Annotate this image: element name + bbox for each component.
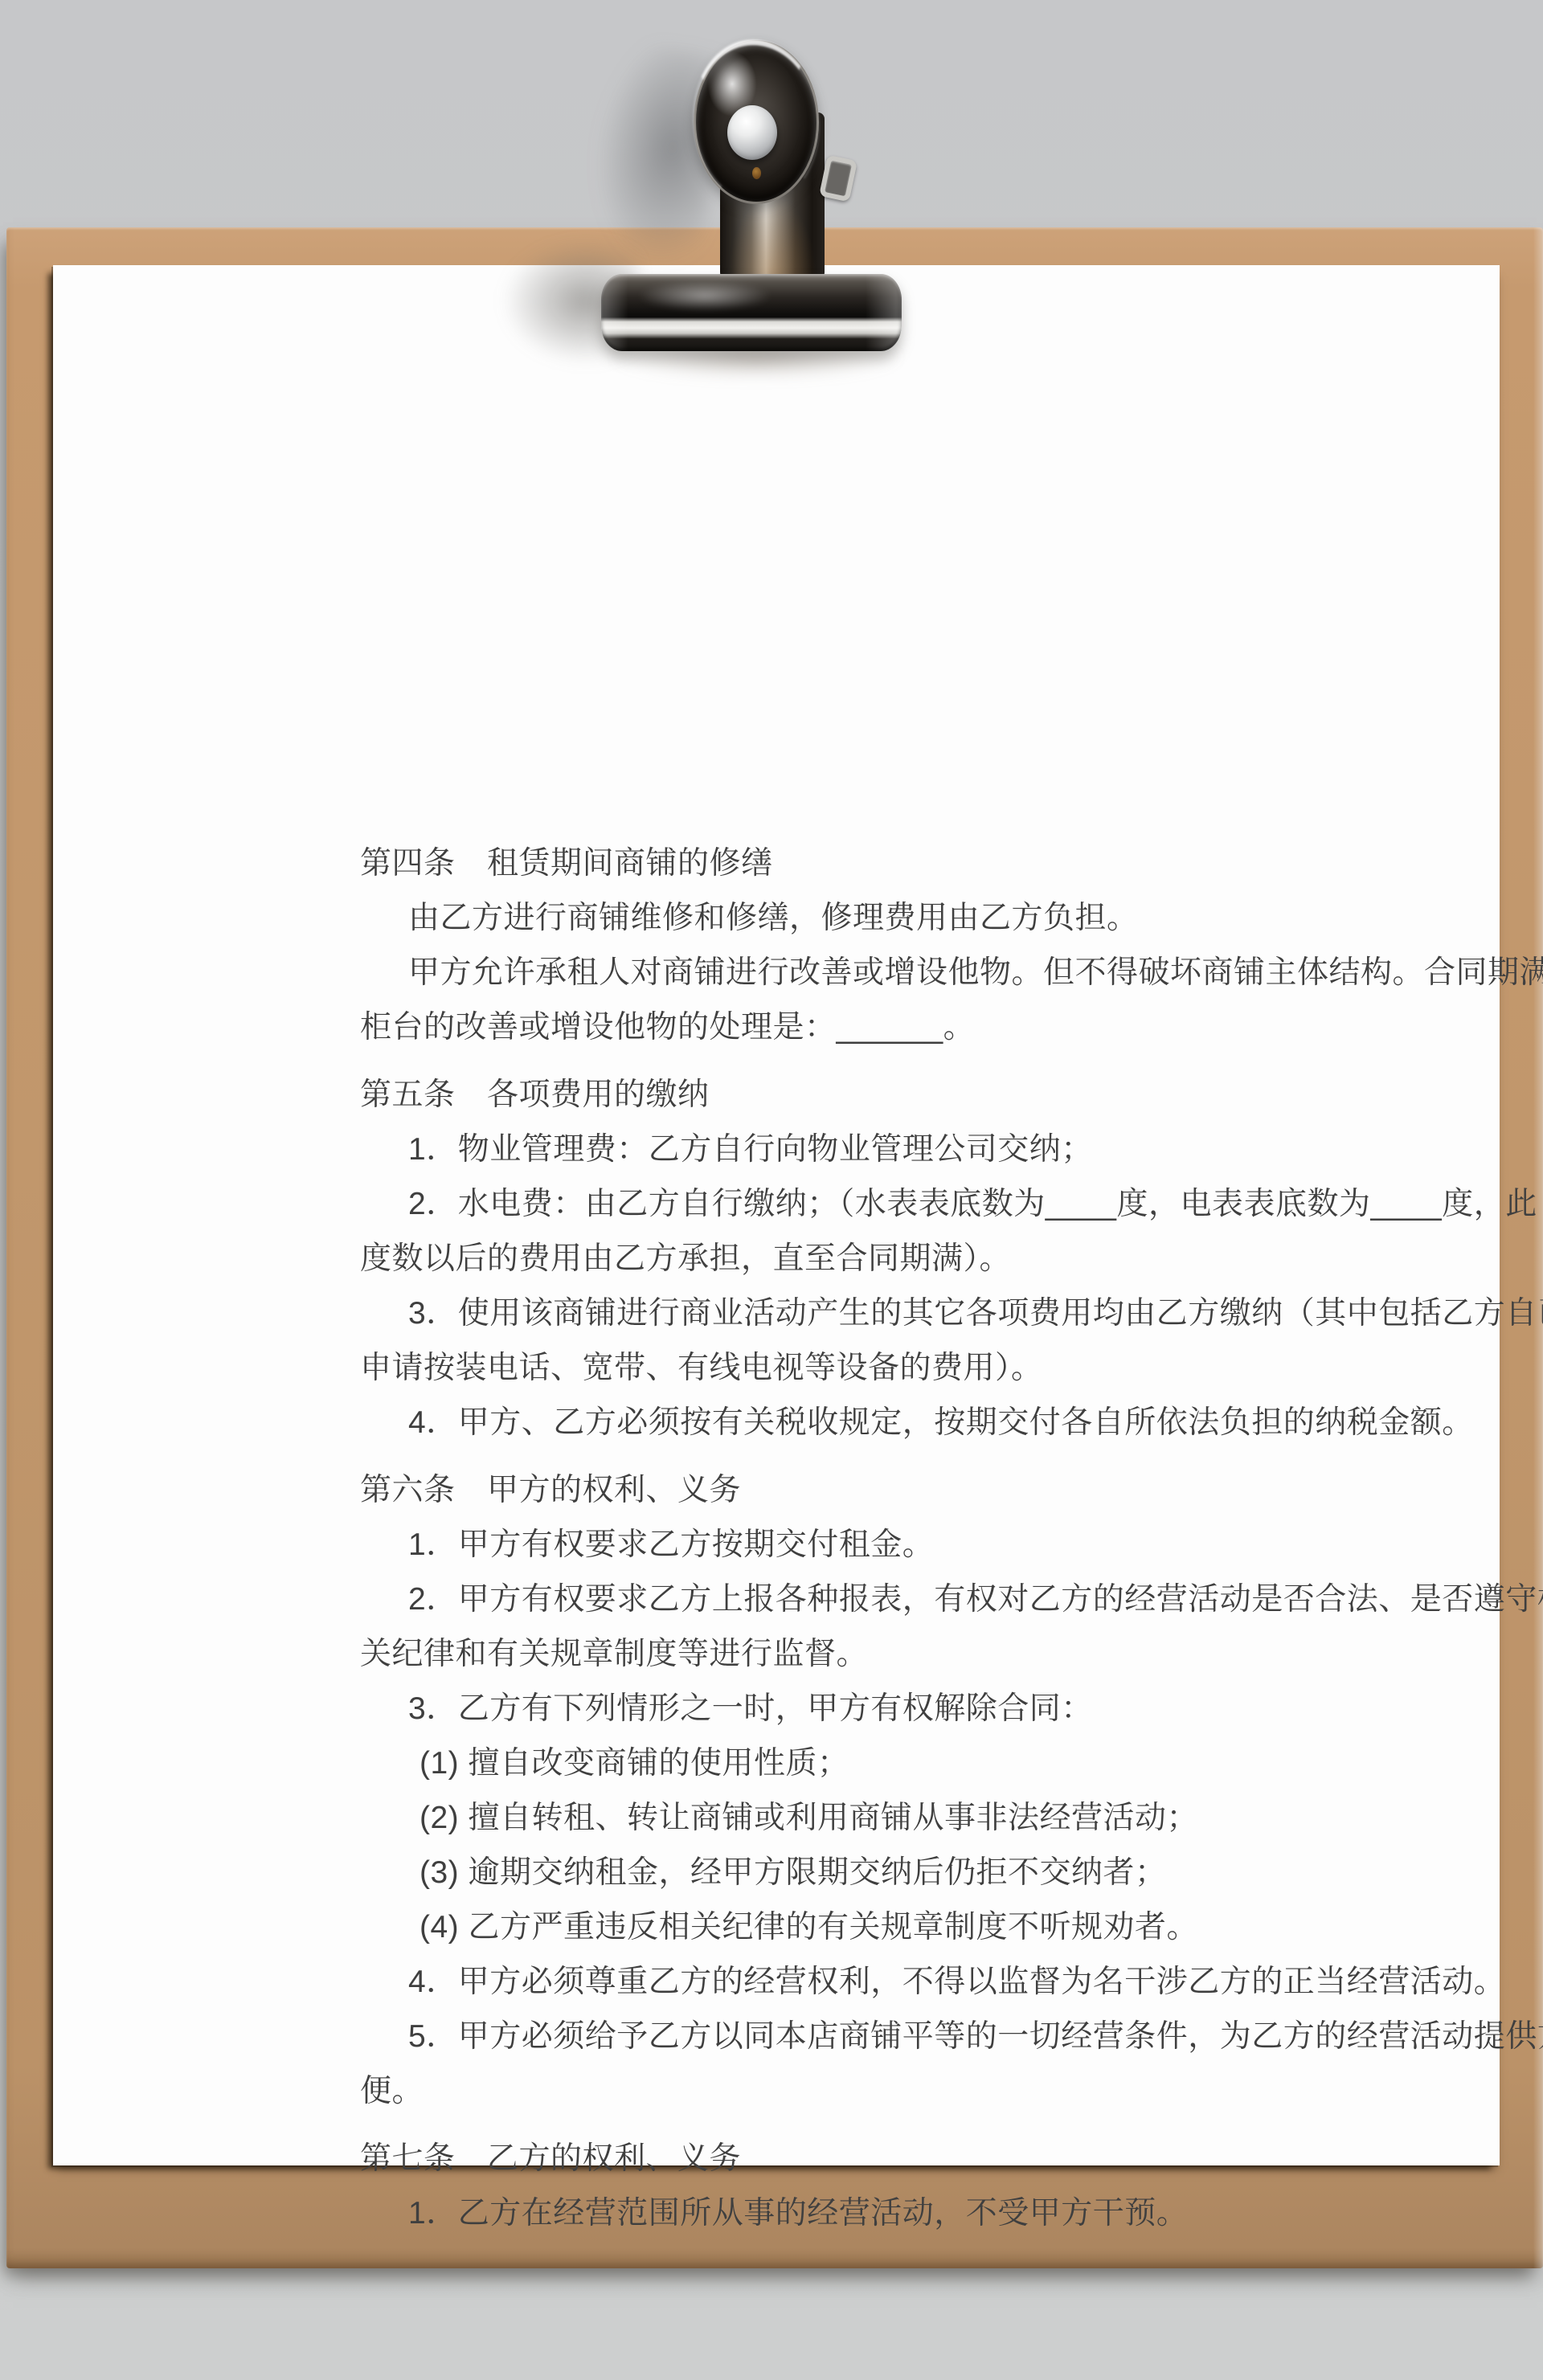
contract-line: 2．水电费：由乙方自行缴纳；（水表表底数为____度，电表表底数为____度，此 (360, 1177, 1485, 1232)
clip-lever-hook (819, 155, 857, 202)
contract-line: 申请按装电话、宽带、有线电视等设备的费用）。 (360, 1341, 1485, 1396)
article-6-heading: 第六条 甲方的权利、义务 (360, 1463, 1485, 1518)
contract-line: 3．乙方有下列情形之一时，甲方有权解除合同： (360, 1682, 1485, 1736)
contract-line: 便。 (360, 2064, 1485, 2119)
contract-subitem: (3) 逾期交纳租金，经甲方限期交纳后仍拒不交纳者； (360, 1846, 1485, 1900)
contract-line: 2．甲方有权要求乙方上报各种报表，有权对乙方的经营活动是否合法、是否遵守相 (360, 1572, 1485, 1627)
contract-line: 甲方允许承租人对商铺进行改善或增设他物。但不得破坏商铺主体结构。合同期满， (360, 946, 1485, 1000)
contract-subitem: (1) 擅自改变商铺的使用性质； (360, 1736, 1485, 1791)
article-7-heading: 第七条 乙方的权利、义务 (360, 2132, 1485, 2186)
contract-text: 第四条 租赁期间商铺的修缮 由乙方进行商铺维修和修缮，修理费用由乙方负担。 甲方… (360, 824, 1485, 2241)
clip-bar (601, 274, 902, 351)
contract-page: 第四条 租赁期间商铺的修缮 由乙方进行商铺维修和修缮，修理费用由乙方负担。 甲方… (53, 265, 1500, 2165)
contract-line: 由乙方进行商铺维修和修缮，修理费用由乙方负担。 (360, 891, 1485, 946)
article-5-heading: 第五条 各项费用的缴纳 (360, 1068, 1485, 1123)
contract-line: 1．物业管理费：乙方自行向物业管理公司交纳； (360, 1123, 1485, 1177)
contract-line: 5．甲方必须给予乙方以同本店商铺平等的一切经营条件，为乙方的经营活动提供方 (360, 2010, 1485, 2064)
article-4-heading: 第四条 租赁期间商铺的修缮 (360, 836, 1485, 891)
contract-line: 1．乙方在经营范围所从事的经营活动，不受甲方干预。 (360, 2186, 1485, 2241)
contract-line: 4．甲方必须尊重乙方的经营权利，不得以监督为名干涉乙方的正当经营活动。 (360, 1955, 1485, 2010)
clip-center-hole (727, 105, 777, 160)
contract-line: 3．使用该商铺进行商业活动产生的其它各项费用均由乙方缴纳（其中包括乙方自已 (360, 1286, 1485, 1341)
contract-line: 度数以后的费用由乙方承担，直至合同期满）。 (360, 1232, 1485, 1286)
desk-background: 第四条 租赁期间商铺的修缮 由乙方进行商铺维修和修缮，修理费用由乙方负担。 甲方… (0, 0, 1543, 2380)
contract-line: 4．甲方、乙方必须按有关税收规定，按期交付各自所依法负担的纳税金额。 (360, 1396, 1485, 1450)
contract-subitem: (4) 乙方严重违反相关纪律的有关规章制度不听规劝者。 (360, 1900, 1485, 1955)
contract-line: 柜台的改善或增设他物的处理是：______。 (360, 1000, 1485, 1055)
contract-line: 关纪律和有关规章制度等进行监督。 (360, 1627, 1485, 1682)
contract-subitem: (2) 擅自转租、转让商铺或利用商铺从事非法经营活动； (360, 1791, 1485, 1846)
clip-rust-spot (752, 167, 761, 179)
contract-line: 1．甲方有权要求乙方按期交付租金。 (360, 1518, 1485, 1572)
